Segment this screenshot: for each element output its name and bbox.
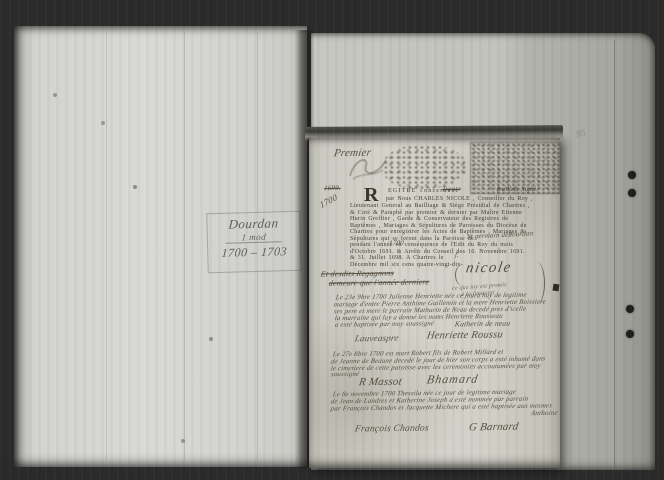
insert-year: 1700 — [388, 239, 404, 247]
insert-le: f. — [454, 251, 459, 259]
punch-hole — [626, 330, 634, 338]
signature-barnard: G Barnard — [468, 421, 519, 434]
signature-massot: R Massot — [358, 376, 403, 389]
register-page: Premier 1699. 1700 R EGITRE concernant T… — [309, 138, 560, 468]
print-line: par Nous CHARLES NICOLE , Conseiller du … — [386, 196, 533, 202]
right-page-edge-line — [614, 40, 615, 468]
entry-line: soussigné — [330, 371, 359, 378]
print-line: & Coté & Paraphé par premier & dernier p… — [350, 210, 522, 216]
scan-canvas: Dourdan 1 mod 1700 – 1703 95 Premier 169… — [0, 0, 664, 480]
print-line: pendant l'année en conséquence de l'Edit… — [350, 242, 513, 248]
ink-blot — [553, 284, 560, 292]
print-line: Décembre mil six cens quatre-vingt-dix- — [350, 262, 463, 268]
flourish-paren-open — [455, 264, 463, 286]
signature-lauveaspre: Lauveaspre — [354, 333, 399, 344]
archive-label-subtitle: 1 mod — [225, 231, 282, 243]
page-crease — [184, 32, 185, 461]
punch-hole — [628, 189, 636, 197]
crossed-line: demeure que l'année derniere — [328, 277, 430, 287]
print-line: Sépultures qui se feront dans la Paroiss… — [350, 236, 474, 242]
print-line: Lieutenant General au Bailliage & Siège … — [350, 203, 530, 209]
print-line: Hurin Greffier , Garde & Conservateur de… — [350, 216, 508, 222]
archive-label: Dourdan 1 mod 1700 – 1703 — [206, 211, 302, 273]
signature-nicole: nicole — [465, 260, 514, 278]
woodcut-ornament-block — [470, 142, 560, 194]
woodcut-floral-ornament — [383, 145, 467, 189]
margin-year-struck: 1699. — [323, 184, 341, 192]
signature-francois: François Chandos — [354, 423, 429, 434]
signature-anthoine: Anthoine — [530, 409, 558, 417]
folio-pencil-mark: 95 — [575, 127, 587, 139]
signature-henriette: Henriette Roussu — [426, 329, 504, 341]
left-blank-page: Dourdan 1 mod 1700 – 1703 — [14, 26, 307, 467]
signature-katherin: Katherin de neau — [454, 319, 511, 329]
margin-year: 1700 — [318, 192, 338, 210]
page-crease — [106, 32, 107, 461]
dropcap-R: R — [364, 187, 378, 204]
signature-bhamard: Bhamard — [426, 372, 480, 388]
dust-specks — [14, 26, 16, 28]
punch-hole — [626, 305, 634, 313]
archive-label-years: 1700 – 1703 — [210, 244, 299, 261]
print-line: Baptêmes , Mariages & Sépultures de Paro… — [350, 223, 527, 229]
punch-hole — [628, 171, 636, 179]
print-line: d'Octobre 1691. & Arrêts du Conseil des … — [350, 249, 525, 255]
print-line: & 31. Juillet 1698. A Chartres le — [350, 255, 444, 261]
entry-line: a esté baptisée par moy soussigné — [334, 320, 434, 328]
